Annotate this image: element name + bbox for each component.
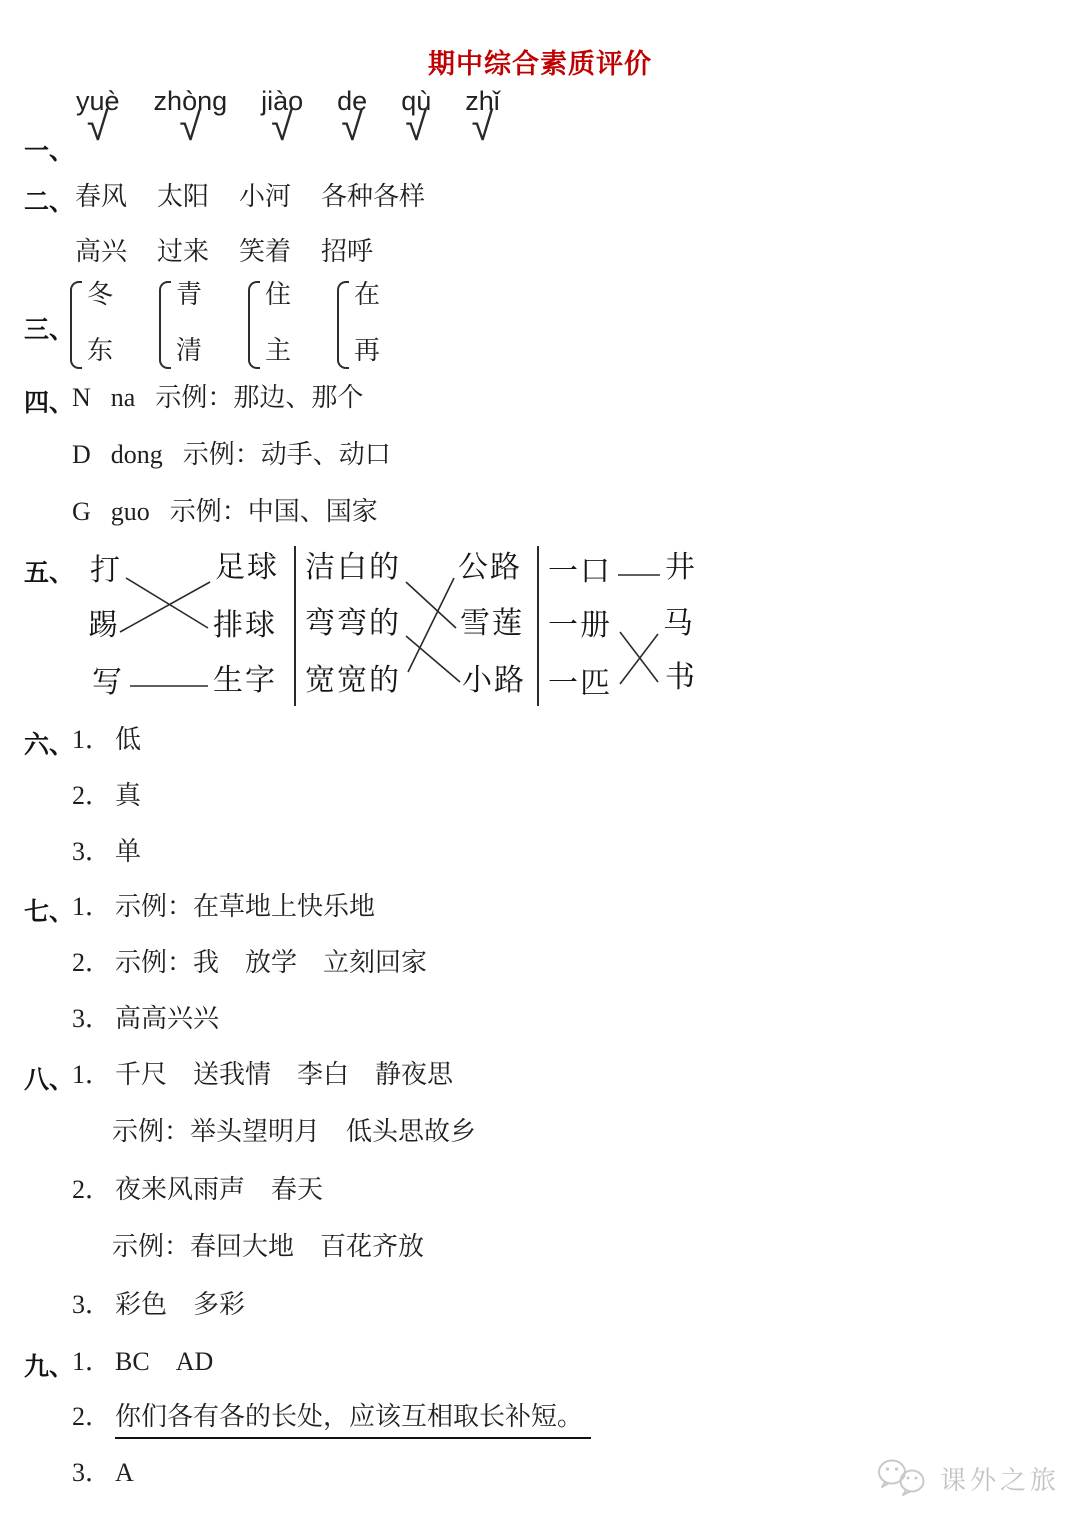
underlined-answer-sentence: 你们各有各的长处，应该互相取长补短。 <box>115 1402 591 1439</box>
item-number: 2． <box>72 781 111 811</box>
pair-top-char: 冬 <box>87 281 113 309</box>
item-number: 1． <box>72 892 111 922</box>
match-word: 弯弯的 <box>305 607 401 641</box>
answer-text: 示例：春回大地 百花齐放 <box>112 1232 424 1262</box>
pair-bottom-char: 再 <box>354 337 380 365</box>
pinyin-item: de √ <box>337 86 367 147</box>
word: 笑着 <box>239 237 291 267</box>
word: 过来 <box>157 237 209 267</box>
match-word: 足球 <box>215 551 279 585</box>
pinyin-item: yuè √ <box>76 86 120 147</box>
item-number: 1． <box>72 1060 111 1090</box>
item-number: 2． <box>72 948 111 978</box>
pair-bottom-char: 东 <box>87 337 113 365</box>
answer-text: 夜来风雨声 春天 <box>115 1175 323 1205</box>
word: 高兴 <box>75 237 127 267</box>
pair-top-char: 在 <box>354 281 380 309</box>
checkmark: √ <box>87 107 109 147</box>
answer-text: 示例：举头望明月 低头思故乡 <box>112 1117 476 1147</box>
word: 小河 <box>239 182 291 212</box>
answer-sheet-page: 期中综合素质评价 一、 yuè √ zhòng √ jiào √ de √ qù… <box>0 0 1080 1527</box>
grouping-brace <box>70 281 82 369</box>
checkmark: √ <box>271 107 293 147</box>
match-word: 排球 <box>213 609 277 643</box>
grouping-brace <box>159 281 171 369</box>
match-word: 打 <box>90 554 122 588</box>
pinyin-item: zhǐ √ <box>465 86 500 147</box>
checkmark: √ <box>405 107 427 147</box>
answer-text: 千尺 送我情 李白 静夜思 <box>115 1060 453 1090</box>
word: 各种各样 <box>321 182 425 212</box>
answer-text: 示例：在草地上快乐地 <box>115 892 375 922</box>
answer-item: 1． BC AD <box>72 1347 213 1377</box>
char-pair: 青 清 <box>159 281 202 369</box>
answer-item: 3． 彩色 多彩 <box>72 1290 245 1320</box>
match-word: 一口 <box>548 555 612 589</box>
match-word: 书 <box>665 661 697 695</box>
match-word: 公路 <box>458 551 522 585</box>
match-word: 写 <box>92 666 124 700</box>
section-1-label: 一、 <box>24 131 74 167</box>
syllable: guo <box>111 497 150 527</box>
item-number: 2． <box>72 1402 111 1439</box>
item-number: 1． <box>72 1347 111 1377</box>
initial-letter: G <box>72 497 91 527</box>
item-number: 3． <box>72 837 111 867</box>
pair-bottom-char: 清 <box>176 337 202 365</box>
watermark-text: 课外之旅 <box>940 1460 1060 1497</box>
item-number: 3． <box>72 1290 111 1320</box>
word: 太阳 <box>157 182 209 212</box>
answer-item: 1． 示例：在草地上快乐地 <box>72 892 375 922</box>
char-pair: 住 主 <box>248 281 291 369</box>
match-word: 一匹 <box>548 667 612 701</box>
grouping-brace <box>248 281 260 369</box>
character-pairs: 冬 东 青 清 住 主 在 再 <box>70 281 380 369</box>
answer-item: 1． 千尺 送我情 李白 静夜思 <box>72 1060 453 1090</box>
word: 春风 <box>75 182 127 212</box>
section-6-label: 六、 <box>24 725 74 761</box>
answer-item: 示例：举头望明月 低头思故乡 <box>112 1117 476 1147</box>
initial-row: D dong 示例：动手、动口 <box>72 440 391 470</box>
section-8-label: 八、 <box>24 1060 74 1096</box>
watermark: 课外之旅 <box>876 1458 1060 1498</box>
char-pair: 在 再 <box>337 281 380 369</box>
example-text: 示例：中国、国家 <box>170 497 378 527</box>
word: 招呼 <box>321 237 373 267</box>
pinyin-check-row: yuè √ zhòng √ jiào √ de √ qù √ zhǐ √ <box>76 86 500 147</box>
answer-item: 示例：春回大地 百花齐放 <box>112 1232 424 1262</box>
char-pair: 冬 东 <box>70 281 113 369</box>
answer-item: 2． 示例：我 放学 立刻回家 <box>72 948 427 978</box>
initial-letter: N <box>72 383 91 413</box>
answer-text: 低 <box>115 725 141 755</box>
answer-item: 1． 低 <box>72 725 141 755</box>
matching-exercise: 打 踢 写 足球 排球 生字 洁白的 弯弯的 宽宽的 公路 雪莲 小路 一口 一… <box>58 546 738 711</box>
word-list-line: 春风 太阳 小河 各种各样 <box>75 182 425 212</box>
checkmark: √ <box>341 107 363 147</box>
section-2-label: 二、 <box>24 182 74 218</box>
answer-item: 3． A <box>72 1458 134 1488</box>
answer-item: 2． 夜来风雨声 春天 <box>72 1175 323 1205</box>
answer-item: 3． 高高兴兴 <box>72 1004 219 1034</box>
match-word: 洁白的 <box>305 551 401 585</box>
checkmark: √ <box>472 107 494 147</box>
grouping-brace <box>337 281 349 369</box>
answer-item: 3． 单 <box>72 837 141 867</box>
word-list-line: 高兴 过来 笑着 招呼 <box>75 237 373 267</box>
match-word: 生字 <box>213 664 277 698</box>
section-7-label: 七、 <box>24 892 74 928</box>
pair-top-char: 住 <box>265 281 291 309</box>
match-word: 马 <box>663 607 695 641</box>
pair-bottom-char: 主 <box>265 337 291 365</box>
item-number: 2． <box>72 1175 111 1205</box>
answer-text: 彩色 多彩 <box>115 1290 245 1320</box>
initial-row: N na 示例：那边、那个 <box>72 383 363 413</box>
section-9-label: 九、 <box>24 1347 74 1383</box>
syllable: dong <box>111 440 163 470</box>
item-number: 1． <box>72 725 111 755</box>
pinyin-item: jiào √ <box>261 86 303 147</box>
item-number: 3． <box>72 1458 111 1488</box>
answer-text: 示例：我 放学 立刻回家 <box>115 948 427 978</box>
answer-text: 真 <box>115 781 141 811</box>
match-word: 雪莲 <box>460 607 524 641</box>
answer-text: BC AD <box>115 1347 213 1377</box>
item-number: 3． <box>72 1004 111 1034</box>
wechat-bubbles-logo-icon <box>876 1458 930 1498</box>
example-text: 示例：那边、那个 <box>155 383 363 413</box>
answer-item: 2． 真 <box>72 781 141 811</box>
match-word: 宽宽的 <box>305 664 401 698</box>
page-title: 期中综合素质评价 <box>0 42 1080 81</box>
section-4-label: 四、 <box>24 383 74 419</box>
pinyin-item: qù √ <box>401 86 431 147</box>
match-word: 小路 <box>462 664 526 698</box>
syllable: na <box>111 383 136 413</box>
initial-row: G guo 示例：中国、国家 <box>72 497 378 527</box>
example-text: 示例：动手、动口 <box>183 440 391 470</box>
answer-item: 2． 你们各有各的长处，应该互相取长补短。 <box>72 1402 591 1439</box>
initial-letter: D <box>72 440 91 470</box>
pair-top-char: 青 <box>176 281 202 309</box>
pinyin-item: zhòng √ <box>154 86 228 147</box>
answer-text: A <box>115 1458 134 1488</box>
checkmark: √ <box>179 107 201 147</box>
match-word: 踢 <box>88 609 120 643</box>
section-3-label: 三、 <box>24 310 74 346</box>
answer-text: 高高兴兴 <box>115 1004 219 1034</box>
match-word: 一册 <box>548 609 612 643</box>
match-word: 井 <box>665 551 697 585</box>
answer-text: 单 <box>115 837 141 867</box>
